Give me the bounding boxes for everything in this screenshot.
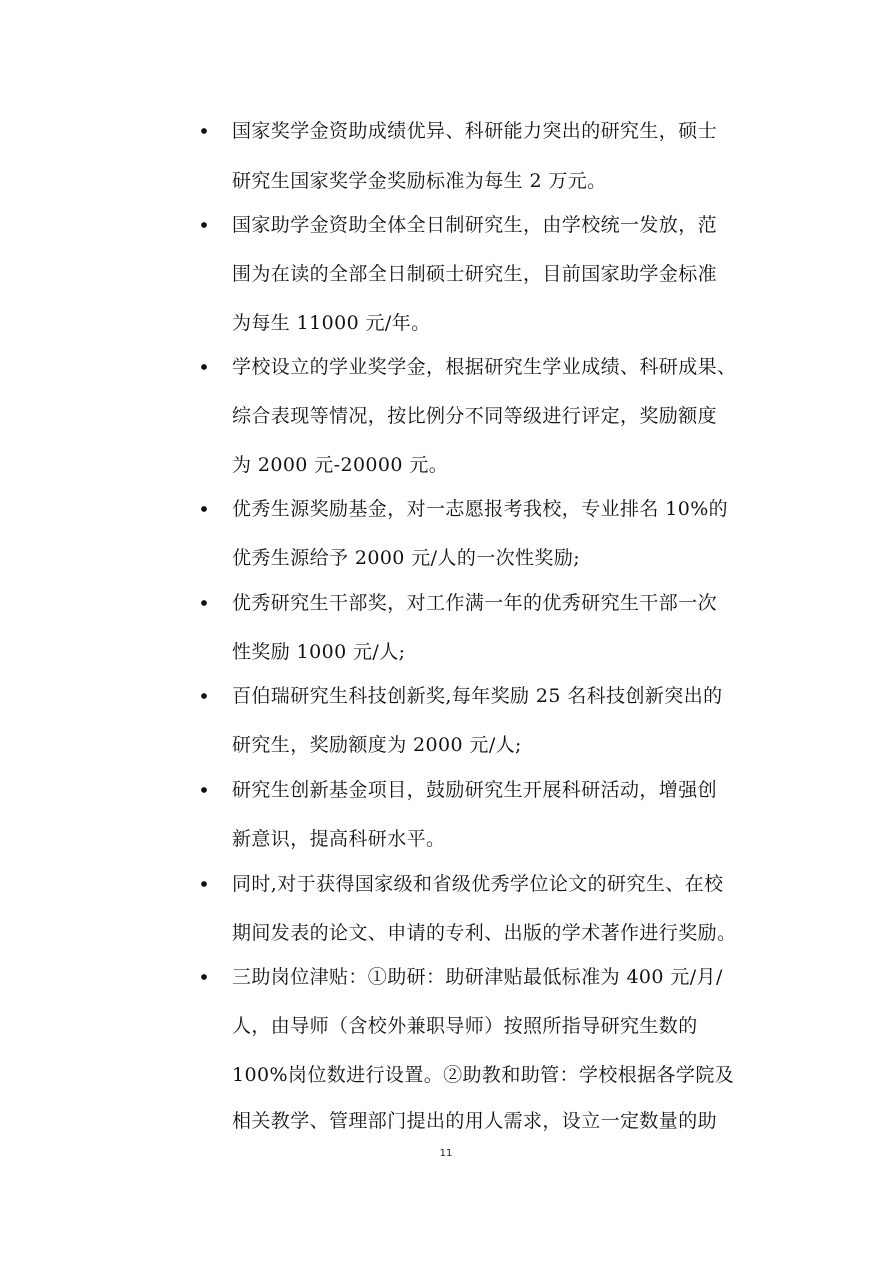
list-item-line: 研究生创新基金项目，鼓励研究生开展科研活动，增强创 — [232, 775, 762, 805]
page-number: 11 — [0, 1148, 892, 1159]
bullet-icon — [201, 787, 207, 793]
list-item-line: 围为在读的全部全日制硕士研究生，目前国家助学金标准 — [232, 259, 762, 289]
document-page: 国家奖学金资助成绩优异、科研能力突出的研究生，硕士 研究生国家奖学金奖励标准为每… — [0, 0, 892, 1261]
list-item-line: 优秀生源给予 2000 元/人的一次性奖励; — [232, 543, 762, 573]
list-item-line: 期间发表的论文、申请的专利、出版的学术著作进行奖励。 — [232, 918, 762, 948]
bullet-icon — [201, 364, 207, 370]
bullet-icon — [201, 600, 207, 606]
list-item-line: 优秀生源奖励基金，对一志愿报考我校，专业排名 10%的 — [232, 494, 762, 524]
list-item-line: 研究生国家奖学金奖励标准为每生 2 万元。 — [232, 166, 762, 196]
list-item-line: 性奖励 1000 元/人; — [232, 637, 762, 667]
bullet-icon — [201, 128, 207, 134]
bullet-icon — [201, 974, 207, 980]
bullet-icon — [201, 222, 207, 228]
list-item-line: 综合表现等情况，按比例分不同等级进行评定，奖励额度 — [232, 401, 762, 431]
list-item-line: 相关教学、管理部门提出的用人需求，设立一定数量的助 — [232, 1106, 762, 1136]
list-item-line: 国家奖学金资助成绩优异、科研能力突出的研究生，硕士 — [232, 116, 762, 146]
bullet-icon — [201, 693, 207, 699]
list-item-line: 学校设立的学业奖学金，根据研究生学业成绩、科研成果、 — [232, 352, 762, 382]
list-item-line: 百伯瑞研究生科技创新奖,每年奖励 25 名科技创新突出的 — [232, 681, 762, 711]
bullet-icon — [201, 506, 207, 512]
list-item-line: 研究生，奖励额度为 2000 元/人; — [232, 730, 762, 760]
list-item-line: 三助岗位津贴：①助研：助研津贴最低标准为 400 元/月/ — [232, 962, 762, 992]
list-item-line: 人，由导师（含校外兼职导师）按照所指导研究生数的 — [232, 1011, 762, 1041]
list-item-line: 同时,对于获得国家级和省级优秀学位论文的研究生、在校 — [232, 869, 762, 899]
list-item-line: 新意识，提高科研水平。 — [232, 824, 762, 854]
list-item-line: 为每生 11000 元/年。 — [232, 308, 762, 338]
list-item-line: 优秀研究生干部奖，对工作满一年的优秀研究生干部一次 — [232, 588, 762, 618]
list-item-line: 国家助学金资助全体全日制研究生，由学校统一发放，范 — [232, 210, 762, 240]
list-item-line: 为 2000 元-20000 元。 — [232, 450, 762, 480]
bullet-icon — [201, 881, 207, 887]
list-item-line: 100%岗位数进行设置。②助教和助管：学校根据各学院及 — [232, 1060, 762, 1090]
